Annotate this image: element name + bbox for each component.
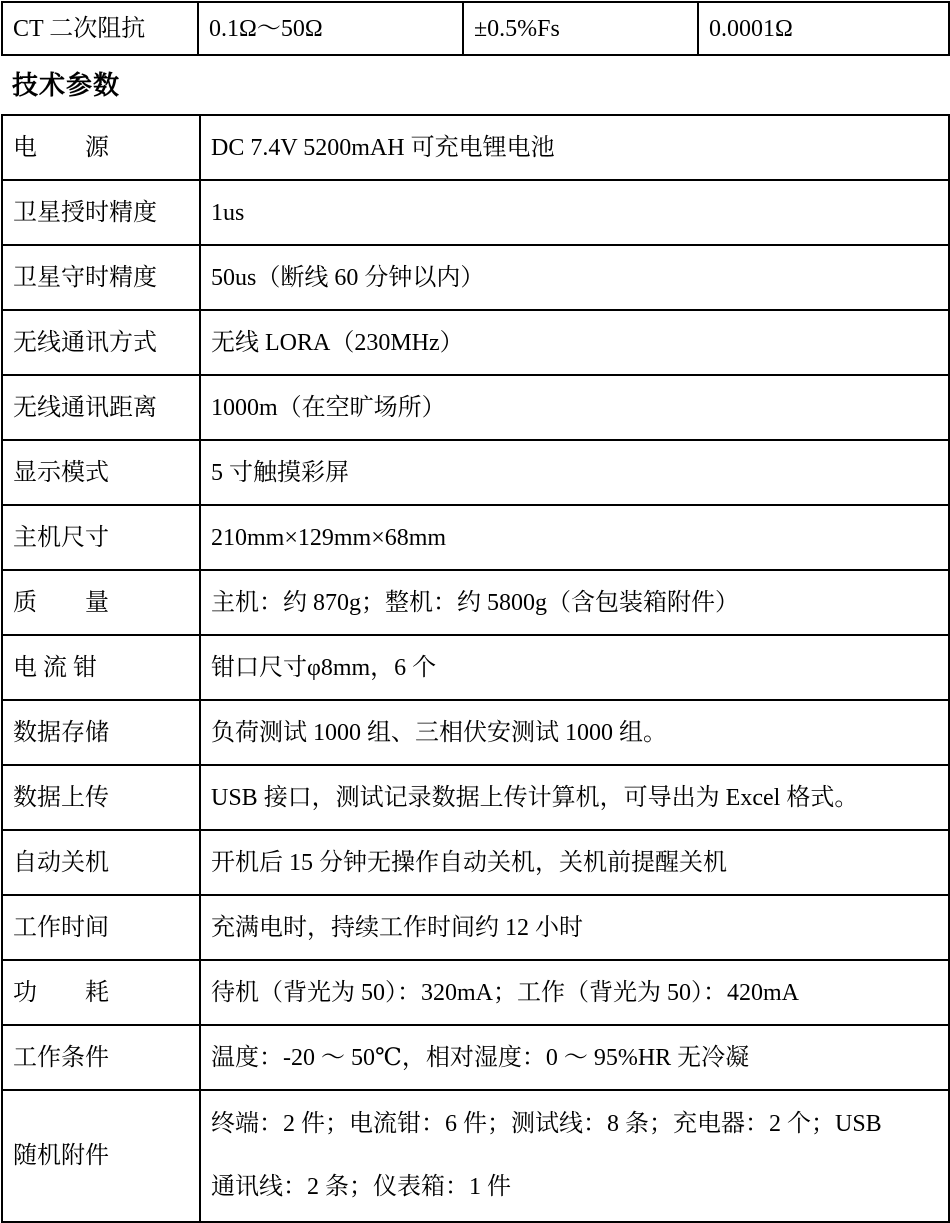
spec-label: 数据存储: [2, 700, 200, 765]
spec-value: 主机：约 870g；整机：约 5800g（含包装箱附件）: [200, 570, 949, 635]
spec-value: 终端：2 件；电流钳：6 件；测试线：8 条；充电器：2 个；USB 通讯线：2…: [200, 1090, 949, 1222]
spec-label: 功 耗: [2, 960, 200, 1025]
spec-value: 负荷测试 1000 组、三相伏安测试 1000 组。: [200, 700, 949, 765]
spec-value: 待机（背光为 50）：320mA；工作（背光为 50）：420mA: [200, 960, 949, 1025]
spec-value: 开机后 15 分钟无操作自动关机，关机前提醒关机: [200, 830, 949, 895]
spec-label: 无线通讯距离: [2, 375, 200, 440]
spec-label: 工作时间: [2, 895, 200, 960]
spec-label: 自动关机: [2, 830, 200, 895]
spec-value-line-1: 终端：2 件；电流钳：6 件；测试线：8 条；充电器：2 个；USB: [211, 1093, 944, 1156]
spec-value: USB 接口，测试记录数据上传计算机，可导出为 Excel 格式。: [200, 765, 949, 830]
spec-label: 数据上传: [2, 765, 200, 830]
spec-value: 充满电时，持续工作时间约 12 小时: [200, 895, 949, 960]
spec-value-line-2: 通讯线：2 条；仪表箱：1 件: [211, 1156, 944, 1219]
table-row: 卫星授时精度 1us: [2, 180, 949, 245]
spec-label: 无线通讯方式: [2, 310, 200, 375]
technical-parameters-table: 电 源 DC 7.4V 5200mAH 可充电锂电池 卫星授时精度 1us 卫星…: [1, 114, 950, 1223]
spec-value: 50us（断线 60 分钟以内）: [200, 245, 949, 310]
spec-label: 电 源: [2, 115, 200, 180]
spec-value: 温度：-20 ～ 50℃，相对湿度：0 ～ 95%HR 无冷凝: [200, 1025, 949, 1090]
table-row: 功 耗 待机（背光为 50）：320mA；工作（背光为 50）：420mA: [2, 960, 949, 1025]
table-row: 工作时间 充满电时，持续工作时间约 12 小时: [2, 895, 949, 960]
spec-value: 无线 LORA（230MHz）: [200, 310, 949, 375]
spec-value: 5 寸触摸彩屏: [200, 440, 949, 505]
section-heading: 技术参数: [12, 72, 948, 98]
table-row: CT 二次阻抗 0.1Ω～50Ω ±0.5%Fs 0.0001Ω: [2, 2, 949, 55]
spec-value: 钳口尺寸φ8mm，6 个: [200, 635, 949, 700]
spec-label: 工作条件: [2, 1025, 200, 1090]
spec-value: 210mm×129mm×68mm: [200, 505, 949, 570]
spec-label: 卫星守时精度: [2, 245, 200, 310]
table-row: 无线通讯方式 无线 LORA（230MHz）: [2, 310, 949, 375]
spec-label: 显示模式: [2, 440, 200, 505]
table-row: 电 流 钳 钳口尺寸φ8mm，6 个: [2, 635, 949, 700]
spec-value: 1000m（在空旷场所）: [200, 375, 949, 440]
table-row: 数据存储 负荷测试 1000 组、三相伏安测试 1000 组。: [2, 700, 949, 765]
table-row: 数据上传 USB 接口，测试记录数据上传计算机，可导出为 Excel 格式。: [2, 765, 949, 830]
spec-value: 1us: [200, 180, 949, 245]
spec-label: 卫星授时精度: [2, 180, 200, 245]
table-row: 主机尺寸 210mm×129mm×68mm: [2, 505, 949, 570]
table-row: 工作条件 温度：-20 ～ 50℃，相对湿度：0 ～ 95%HR 无冷凝: [2, 1025, 949, 1090]
table-row: 卫星守时精度 50us（断线 60 分钟以内）: [2, 245, 949, 310]
spec-value: DC 7.4V 5200mAH 可充电锂电池: [200, 115, 949, 180]
spec-label: 质 量: [2, 570, 200, 635]
spec-label: 随机附件: [2, 1090, 200, 1222]
spec-label: CT 二次阻抗: [2, 2, 198, 55]
table-row: 电 源 DC 7.4V 5200mAH 可充电锂电池: [2, 115, 949, 180]
document-page: CT 二次阻抗 0.1Ω～50Ω ±0.5%Fs 0.0001Ω 技术参数 电 …: [0, 0, 948, 1223]
ct-impedance-table: CT 二次阻抗 0.1Ω～50Ω ±0.5%Fs 0.0001Ω: [1, 1, 950, 56]
table-row: 无线通讯距离 1000m（在空旷场所）: [2, 375, 949, 440]
spec-range: 0.1Ω～50Ω: [198, 2, 463, 55]
spec-label: 电 流 钳: [2, 635, 200, 700]
table-row: 质 量 主机：约 870g；整机：约 5800g（含包装箱附件）: [2, 570, 949, 635]
table-row: 自动关机 开机后 15 分钟无操作自动关机，关机前提醒关机: [2, 830, 949, 895]
table-row: 随机附件 终端：2 件；电流钳：6 件；测试线：8 条；充电器：2 个；USB …: [2, 1090, 949, 1222]
spec-label: 主机尺寸: [2, 505, 200, 570]
table-row: 显示模式 5 寸触摸彩屏: [2, 440, 949, 505]
spec-accuracy: ±0.5%Fs: [463, 2, 698, 55]
spec-resolution: 0.0001Ω: [698, 2, 949, 55]
